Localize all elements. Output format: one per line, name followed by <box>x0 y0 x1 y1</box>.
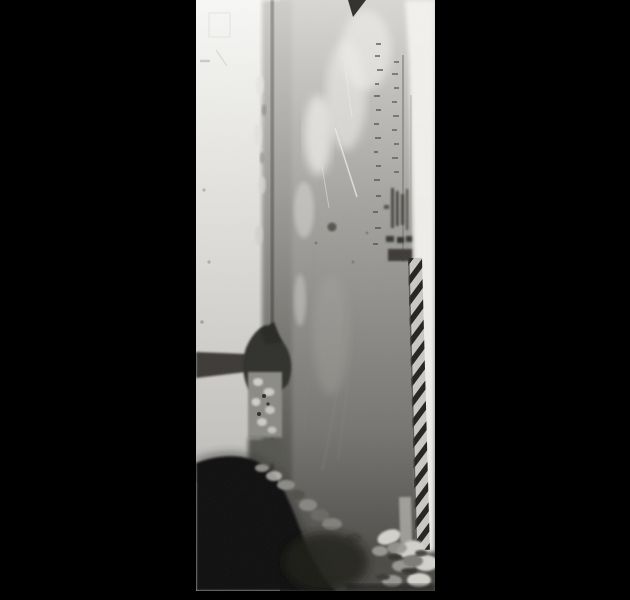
photograph-artwork <box>196 0 435 591</box>
photograph <box>196 0 435 591</box>
film-grain-overlay <box>196 0 435 591</box>
scan-background <box>0 0 630 600</box>
